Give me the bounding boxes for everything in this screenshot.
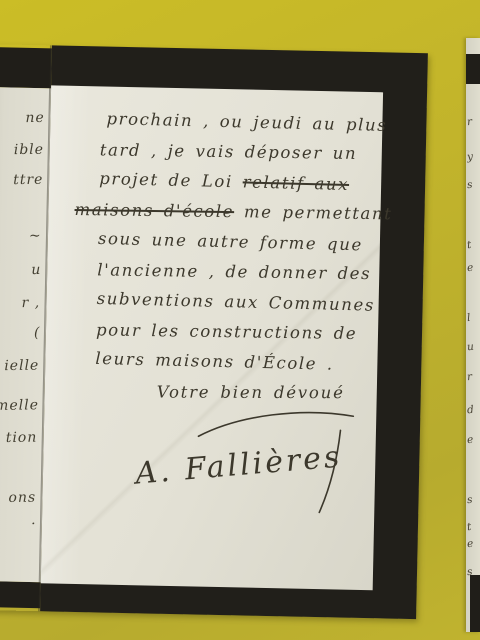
handwriting-fragment: ons bbox=[9, 490, 37, 506]
handwriting-fragment: r bbox=[466, 371, 472, 383]
handwriting-fragment: . bbox=[30, 512, 36, 528]
handwriting-fragment: r bbox=[466, 116, 472, 128]
handwriting-fragment: s bbox=[466, 179, 473, 191]
right-page-edge: r y s t e l u r d e s t e s bbox=[466, 38, 480, 632]
line-text: leurs maisons d'École . bbox=[95, 349, 334, 374]
signature-text: A. Fallières bbox=[131, 439, 344, 491]
line-text: tard , je vais déposer un bbox=[100, 140, 358, 163]
handwriting-fragment: ible bbox=[13, 142, 43, 158]
line-text: pour les constructions de bbox=[96, 320, 357, 343]
left-page-black-border-top bbox=[0, 47, 52, 88]
handwriting-fragment: t bbox=[466, 521, 471, 533]
handwriting-fragment: u bbox=[466, 341, 474, 354]
line-text: l'ancienne , de donner des bbox=[97, 260, 371, 283]
signature: A. Fallières bbox=[125, 401, 383, 532]
handwriting-fragment: e bbox=[466, 538, 473, 551]
mourning-letter: ne ible ttre ~ u r , ( ielle rmelle tion… bbox=[0, 44, 428, 619]
handwriting-fragment: d bbox=[466, 404, 474, 417]
struck-text: relatif aux bbox=[242, 172, 349, 194]
line-text: sous une autre forme que bbox=[98, 229, 363, 254]
right-page-black-border-top bbox=[466, 54, 480, 84]
handwriting-fragment: ttre bbox=[13, 172, 43, 188]
handwriting-fragment: r , bbox=[22, 295, 41, 311]
struck-text: maisons d'école bbox=[74, 200, 234, 221]
handwriting-fragment: ielle bbox=[4, 358, 39, 374]
left-page-black-border-bottom bbox=[0, 581, 41, 608]
handwriting-fragment: tion bbox=[6, 430, 38, 446]
main-page-mat: prochain , ou jeudi au plus tard , je va… bbox=[40, 45, 428, 619]
letter-paper: prochain , ou jeudi au plus tard , je va… bbox=[41, 85, 383, 590]
handwriting-fragment: y bbox=[466, 151, 473, 164]
photo-background: ne ible ttre ~ u r , ( ielle rmelle tion… bbox=[0, 0, 480, 640]
handwriting-fragment: u bbox=[31, 262, 41, 278]
line-text: prochain , ou jeudi au plus bbox=[106, 109, 387, 135]
line-text: projet de Loi bbox=[99, 169, 243, 192]
handwriting-fragment: ( bbox=[33, 325, 40, 341]
handwriting-fragment: l bbox=[466, 312, 471, 324]
line-text: me permettant bbox=[234, 202, 393, 223]
handwriting-fragment: e bbox=[466, 262, 473, 275]
handwriting-fragment: s bbox=[466, 494, 473, 506]
letter-body: prochain , ou jeudi au plus tard , je va… bbox=[92, 92, 379, 524]
handwriting-fragment: rmelle bbox=[0, 397, 39, 414]
line-text: subventions aux Communes bbox=[96, 289, 375, 315]
signature-flourish: A. Fallières bbox=[125, 401, 383, 532]
handwriting-fragment: e bbox=[466, 434, 473, 447]
handwriting-fragment: ~ bbox=[29, 228, 42, 244]
handwriting-fragment: t bbox=[466, 239, 471, 251]
handwriting-fragment: ne bbox=[25, 110, 45, 126]
right-page-black-border-bottom bbox=[470, 575, 480, 632]
handwriting-line: leurs maisons d'École . bbox=[95, 344, 374, 381]
